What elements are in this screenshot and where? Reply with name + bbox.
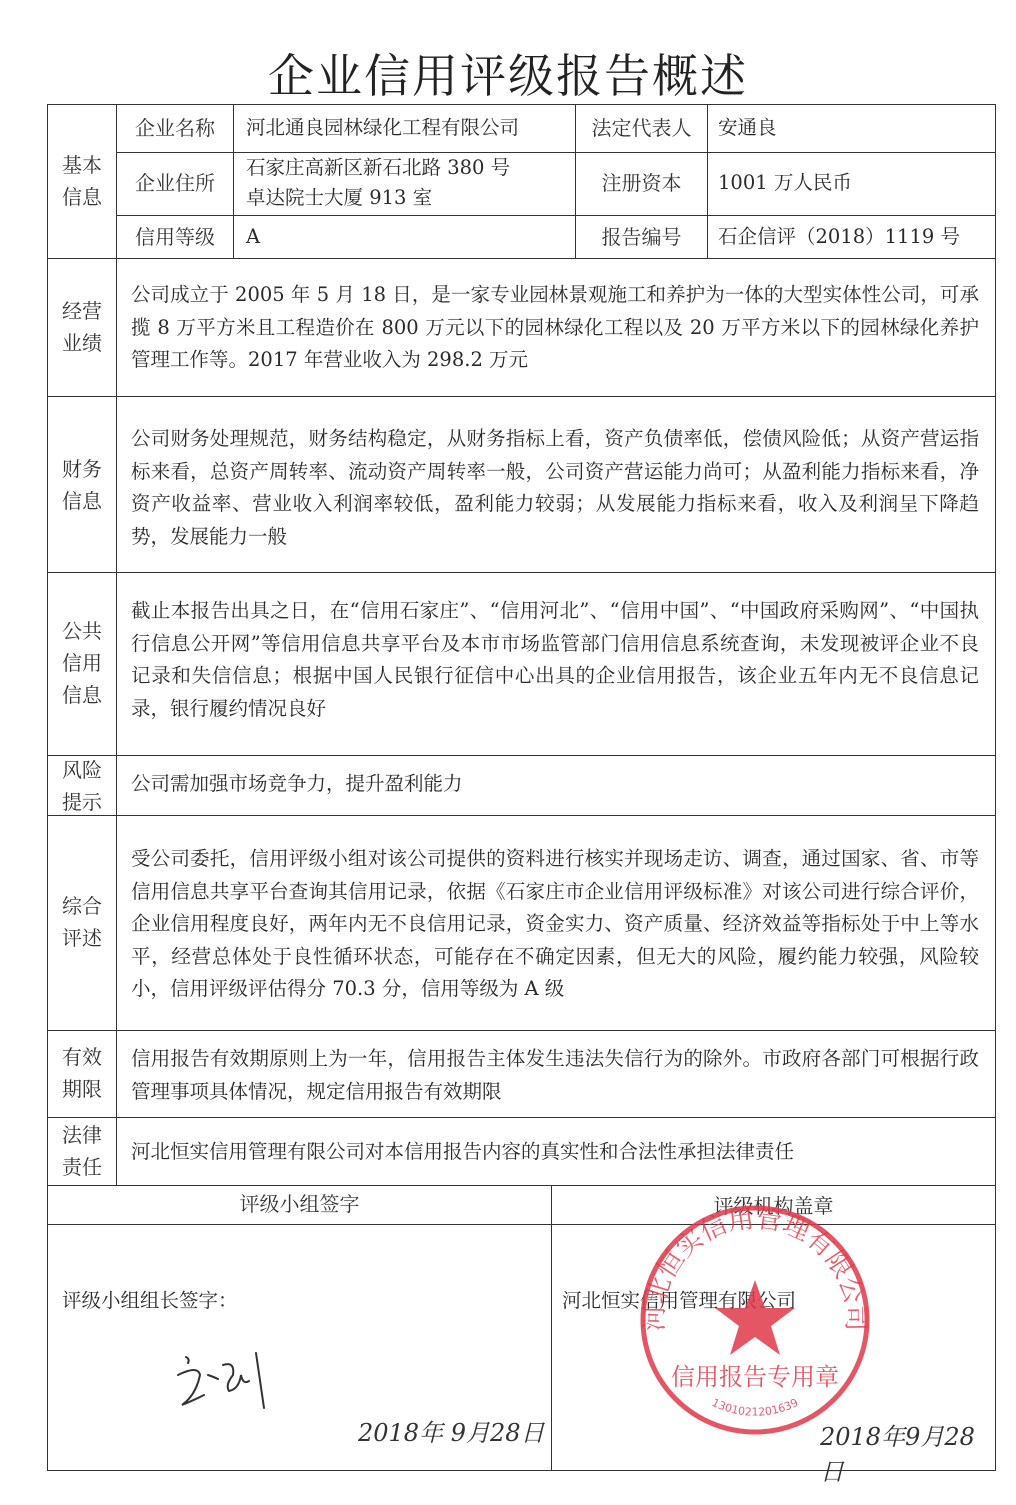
registered-capital-value-cell: 1001 万人民币 (707, 152, 996, 216)
validity-text: 信用报告有效期原则上为一年，信用报告主体发生违法失信行为的除外。市政府各部门可根… (131, 1043, 979, 1108)
registered-capital-label: 注册资本 (576, 167, 707, 199)
rating-team-signature-header: 评级小组签字 (48, 1188, 551, 1220)
risk-warning-label-line1: 风险 (48, 754, 116, 786)
legal-rep-label-cell: 法定代表人 (575, 104, 708, 153)
validity-label-line1: 有效 (48, 1041, 116, 1073)
public-credit-label-line3: 信息 (48, 679, 116, 711)
report-number-label: 报告编号 (576, 221, 707, 253)
legal-rep-value-cell: 安通良 (707, 104, 996, 153)
business-performance-text-cell: 公司成立于 2005 年 5 月 18 日，是一家专业园林景观施工和养护为一体的… (116, 258, 996, 397)
financial-info-text: 公司财务处理规范，财务结构稳定，从财务指标上看，资产负债率低，偿债风险低；从资产… (131, 423, 979, 553)
basic-info-label: 基本 信息 (48, 149, 116, 213)
report-number-label-cell: 报告编号 (575, 215, 708, 259)
page-title: 企业信用评级报告概述 (0, 40, 1016, 106)
validity-label-cell: 有效 期限 (47, 1030, 117, 1118)
company-name-label-cell: 企业名称 (116, 104, 234, 153)
overall-review-label-line1: 综合 (48, 890, 116, 922)
company-name-value: 河北通良园林绿化工程有限公司 (246, 112, 519, 144)
legal-liability-label-line2: 责任 (48, 1151, 116, 1183)
report-number-value-cell: 石企信评（2018）1119 号 (707, 215, 996, 259)
seal-center-text: 信用报告专用章 (671, 1363, 839, 1391)
risk-warning-text-cell: 公司需加强市场竞争力，提升盈利能力 (116, 755, 996, 816)
validity-text-cell: 信用报告有效期原则上为一年，信用报告主体发生违法失信行为的除外。市政府各部门可根… (116, 1030, 996, 1118)
risk-warning-label-cell: 风险 提示 (47, 755, 117, 816)
address-line2: 卓达院士大厦 913 室 (246, 183, 510, 213)
public-credit-label-line1: 公共 (48, 615, 116, 647)
credit-grade-label-cell: 信用等级 (116, 215, 234, 259)
legal-liability-text-cell: 河北恒实信用管理有限公司对本信用报告内容的真实性和合法性承担法律责任 (116, 1117, 996, 1186)
seal-serial-number: 1301021201639 (710, 1396, 800, 1419)
overall-review-text: 受公司委托，信用评级小组对该公司提供的资料进行核实并现场走访、调查，通过国家、省… (131, 843, 979, 1006)
company-name-label: 企业名称 (117, 112, 233, 144)
official-seal-stamp: 河北恒实信用管理有限公司 信用报告专用章 1301021201639 (635, 1200, 875, 1440)
address-line1: 石家庄高新区新石北路 380 号 (246, 153, 510, 183)
risk-warning-text: 公司需加强市场竞争力，提升盈利能力 (131, 768, 979, 801)
credit-grade-label: 信用等级 (117, 221, 233, 253)
public-credit-text: 截止本报告出具之日，在“信用石家庄”、“信用河北”、“信用中国”、“中国政府采购… (131, 595, 979, 725)
risk-warning-label-line2: 提示 (48, 786, 116, 818)
public-credit-label-cell: 公共 信用 信息 (47, 572, 117, 756)
validity-label-line2: 期限 (48, 1073, 116, 1105)
rating-team-signature-header-cell: 评级小组签字 (47, 1185, 552, 1225)
address-label: 企业住所 (117, 167, 233, 199)
seal-star-icon (715, 1280, 795, 1355)
rating-team-signature-cell: 评级小组组长签字： 2018年 9月28日 (47, 1224, 552, 1471)
business-performance-text: 公司成立于 2005 年 5 月 18 日，是一家专业园林景观施工和养护为一体的… (131, 279, 979, 377)
handwritten-signature (168, 1345, 308, 1415)
registered-capital-value: 1001 万人民币 (718, 167, 852, 199)
legal-liability-text: 河北恒实信用管理有限公司对本信用报告内容的真实性和合法性承担法律责任 (131, 1136, 979, 1169)
credit-grade-value: A (246, 221, 260, 253)
financial-info-text-cell: 公司财务处理规范，财务结构稳定，从财务指标上看，资产负债率低，偿债风险低；从资产… (116, 396, 996, 573)
financial-info-label-line2: 信息 (48, 485, 116, 517)
basic-info-label-cell: 基本 信息 (47, 104, 117, 259)
basic-info-label-line1: 基本 (48, 149, 116, 181)
credit-grade-value-cell: A (233, 215, 576, 259)
address-label-cell: 企业住所 (116, 152, 234, 216)
overall-review-label-cell: 综合 评述 (47, 815, 117, 1031)
registered-capital-label-cell: 注册资本 (575, 152, 708, 216)
public-credit-label-line2: 信用 (48, 647, 116, 679)
address-value-cell: 石家庄高新区新石北路 380 号 卓达院士大厦 913 室 (233, 152, 576, 216)
legal-rep-label: 法定代表人 (576, 112, 707, 144)
business-performance-label-line2: 业绩 (48, 327, 116, 359)
business-performance-label-cell: 经营 业绩 (47, 258, 117, 397)
basic-info-label-line2: 信息 (48, 181, 116, 213)
overall-review-label-line2: 评述 (48, 922, 116, 954)
financial-info-label-line1: 财务 (48, 453, 116, 485)
legal-liability-label-cell: 法律 责任 (47, 1117, 117, 1186)
business-performance-label-line1: 经营 (48, 295, 116, 327)
overall-review-text-cell: 受公司委托，信用评级小组对该公司提供的资料进行核实并现场走访、调查，通过国家、省… (116, 815, 996, 1031)
address-value: 石家庄高新区新石北路 380 号 卓达院士大厦 913 室 (246, 153, 510, 213)
team-leader-signature-label: 评级小组组长签字： (62, 1285, 238, 1317)
report-number-value: 石企信评（2018）1119 号 (718, 221, 960, 253)
public-credit-text-cell: 截止本报告出具之日，在“信用石家庄”、“信用河北”、“信用中国”、“中国政府采购… (116, 572, 996, 756)
financial-info-label-cell: 财务 信息 (47, 396, 117, 573)
legal-rep-value: 安通良 (718, 112, 777, 144)
team-signature-date: 2018年 9月28日 (358, 1413, 545, 1448)
legal-liability-label-line1: 法律 (48, 1119, 116, 1151)
company-name-value-cell: 河北通良园林绿化工程有限公司 (233, 104, 576, 153)
